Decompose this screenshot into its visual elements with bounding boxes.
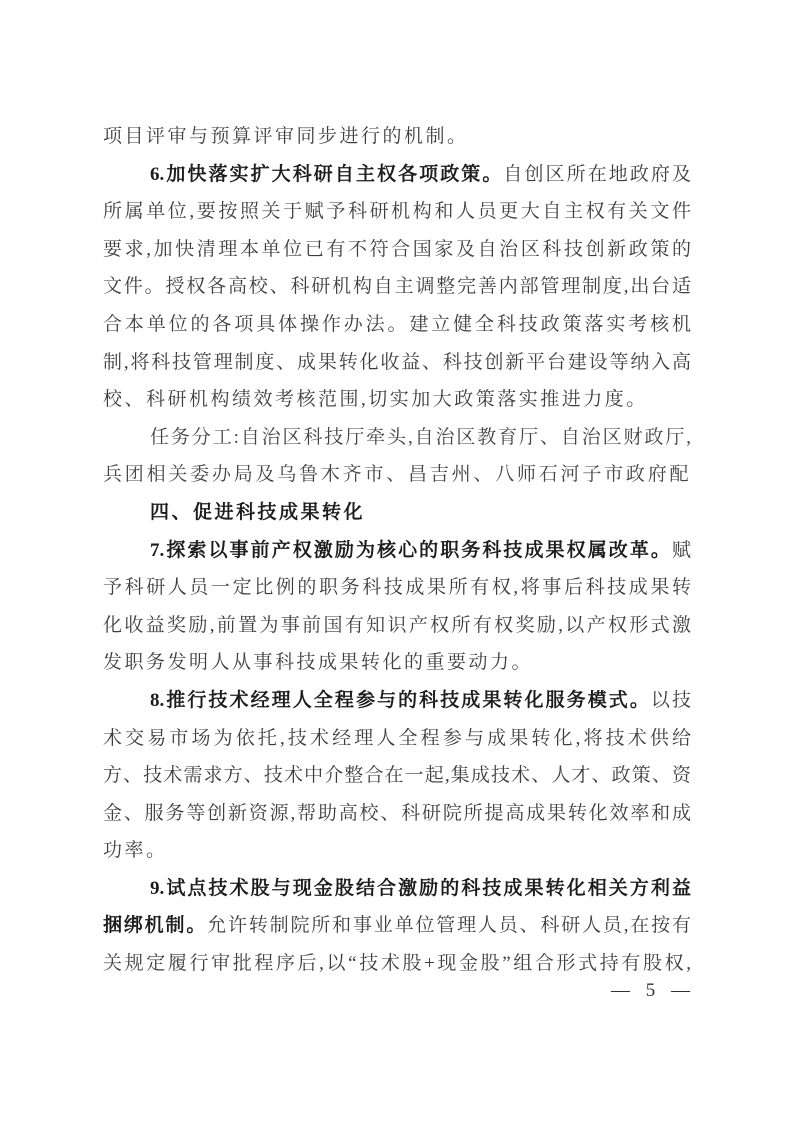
text-segment: 校、科研机构绩效考核范围,切实加大政策落实推进力度。	[103, 389, 648, 410]
text-line: 功率。	[103, 832, 691, 870]
text-segment: 赋	[672, 540, 691, 561]
text-line: 关规定履行审批程序后,以“技术股+现金股”组合形式持有股权,	[103, 945, 691, 983]
text-segment: 任务分工:自治区科技厅牵头,自治区教育厅、自治区财政厅,	[150, 427, 691, 448]
text-segment: 化收益奖励,前置为事前国有知识产权所有权奖励,以产权形式激	[103, 615, 691, 636]
text-line: 所属单位,要按照关于赋予科研机构和人员更大自主权有关文件	[103, 193, 691, 231]
text-segment: 文件。授权各高校、科研机构自主调整完善内部管理制度,出台适	[103, 276, 691, 297]
text-segment: 予科研人员一定比例的职务科技成果所有权,将事后科技成果转	[103, 577, 691, 598]
text-segment: 发职务发明人从事科技成果转化的重要动力。	[103, 652, 533, 673]
item-9-lead: 9.试点技术股与现金股结合激励的科技成果转化相关方利益	[150, 878, 691, 899]
text-line: 6.加快落实扩大科研自主权各项政策。自创区所在地政府及	[103, 156, 691, 194]
text-line: 校、科研机构绩效考核范围,切实加大政策落实推进力度。	[103, 381, 691, 419]
text-line: 合本单位的各项具体操作办法。建立健全科技政策落实考核机	[103, 306, 691, 344]
text-line: 化收益奖励,前置为事前国有知识产权所有权奖励,以产权形式激	[103, 607, 691, 645]
text-segment: 允许转制院所和事业单位管理人员、科研人员,在按有	[207, 915, 691, 936]
text-line: 8.推行技术经理人全程参与的科技成果转化服务模式。以技	[103, 682, 691, 720]
text-segment: 合本单位的各项具体操作办法。建立健全科技政策落实考核机	[103, 314, 691, 335]
item-6-lead: 6.加快落实扩大科研自主权各项政策。	[150, 164, 503, 185]
text-line: 7.探索以事前产权激励为核心的职务科技成果权属改革。赋	[103, 532, 691, 570]
text-line: 方、技术需求方、技术中介整合在一起,集成技术、人才、政策、资	[103, 757, 691, 795]
text-line: 术交易市场为依托,技术经理人全程参与成果转化,将技术供给	[103, 720, 691, 758]
text-segment: 项目评审与预算评审同步进行的机制。	[103, 126, 469, 147]
item-9-lead-continued: 捆绑机制。	[103, 915, 207, 936]
text-segment: 兵团相关委办局及乌鲁木齐市、昌吉州、八师石河子市政府配合。	[103, 464, 691, 494]
text-segment: 功率。	[103, 840, 168, 861]
section-heading-text: 四、促进科技成果转化	[150, 502, 365, 523]
text-line: 要求,加快清理本单位已有不符合国家及自治区科技创新政策的	[103, 231, 691, 269]
text-segment: 所属单位,要按照关于赋予科研机构和人员更大自主权有关文件	[103, 201, 691, 222]
text-line: 捆绑机制。允许转制院所和事业单位管理人员、科研人员,在按有	[103, 907, 691, 945]
text-segment: 制,将科技管理制度、成果转化收益、科技创新平台建设等纳入高	[103, 352, 691, 373]
text-line: 项目评审与预算评审同步进行的机制。	[103, 118, 691, 156]
section-heading: 四、促进科技成果转化	[103, 494, 691, 532]
document-page: 项目评审与预算评审同步进行的机制。 6.加快落实扩大科研自主权各项政策。自创区所…	[0, 0, 793, 1122]
task-assignment-line: 任务分工:自治区科技厅牵头,自治区教育厅、自治区财政厅,	[103, 419, 691, 457]
page-number: — 5 —	[611, 980, 691, 1002]
text-segment: 术交易市场为依托,技术经理人全程参与成果转化,将技术供给	[103, 728, 691, 749]
text-line: 9.试点技术股与现金股结合激励的科技成果转化相关方利益	[103, 870, 691, 908]
text-line: 发职务发明人从事科技成果转化的重要动力。	[103, 644, 691, 682]
task-assignment-line: 兵团相关委办局及乌鲁木齐市、昌吉州、八师石河子市政府配合。	[103, 456, 691, 494]
text-segment: 方、技术需求方、技术中介整合在一起,集成技术、人才、政策、资	[103, 765, 691, 786]
text-line: 金、服务等创新资源,帮助高校、科研院所提高成果转化效率和成	[103, 795, 691, 833]
document-body: 项目评审与预算评审同步进行的机制。 6.加快落实扩大科研自主权各项政策。自创区所…	[103, 118, 691, 983]
text-line: 予科研人员一定比例的职务科技成果所有权,将事后科技成果转	[103, 569, 691, 607]
text-segment: 关规定履行审批程序后,以“技术股+现金股”组合形式持有股权,	[103, 953, 691, 974]
text-line: 文件。授权各高校、科研机构自主调整完善内部管理制度,出台适	[103, 268, 691, 306]
text-segment: 以技	[651, 690, 691, 711]
text-segment: 要求,加快清理本单位已有不符合国家及自治区科技创新政策的	[103, 239, 691, 260]
item-7-lead: 7.探索以事前产权激励为核心的职务科技成果权属改革。	[150, 540, 672, 561]
text-segment: 金、服务等创新资源,帮助高校、科研院所提高成果转化效率和成	[103, 803, 691, 824]
text-line: 制,将科技管理制度、成果转化收益、科技创新平台建设等纳入高	[103, 344, 691, 382]
item-8-lead: 8.推行技术经理人全程参与的科技成果转化服务模式。	[150, 690, 651, 711]
text-segment: 自创区所在地政府及	[503, 164, 691, 185]
